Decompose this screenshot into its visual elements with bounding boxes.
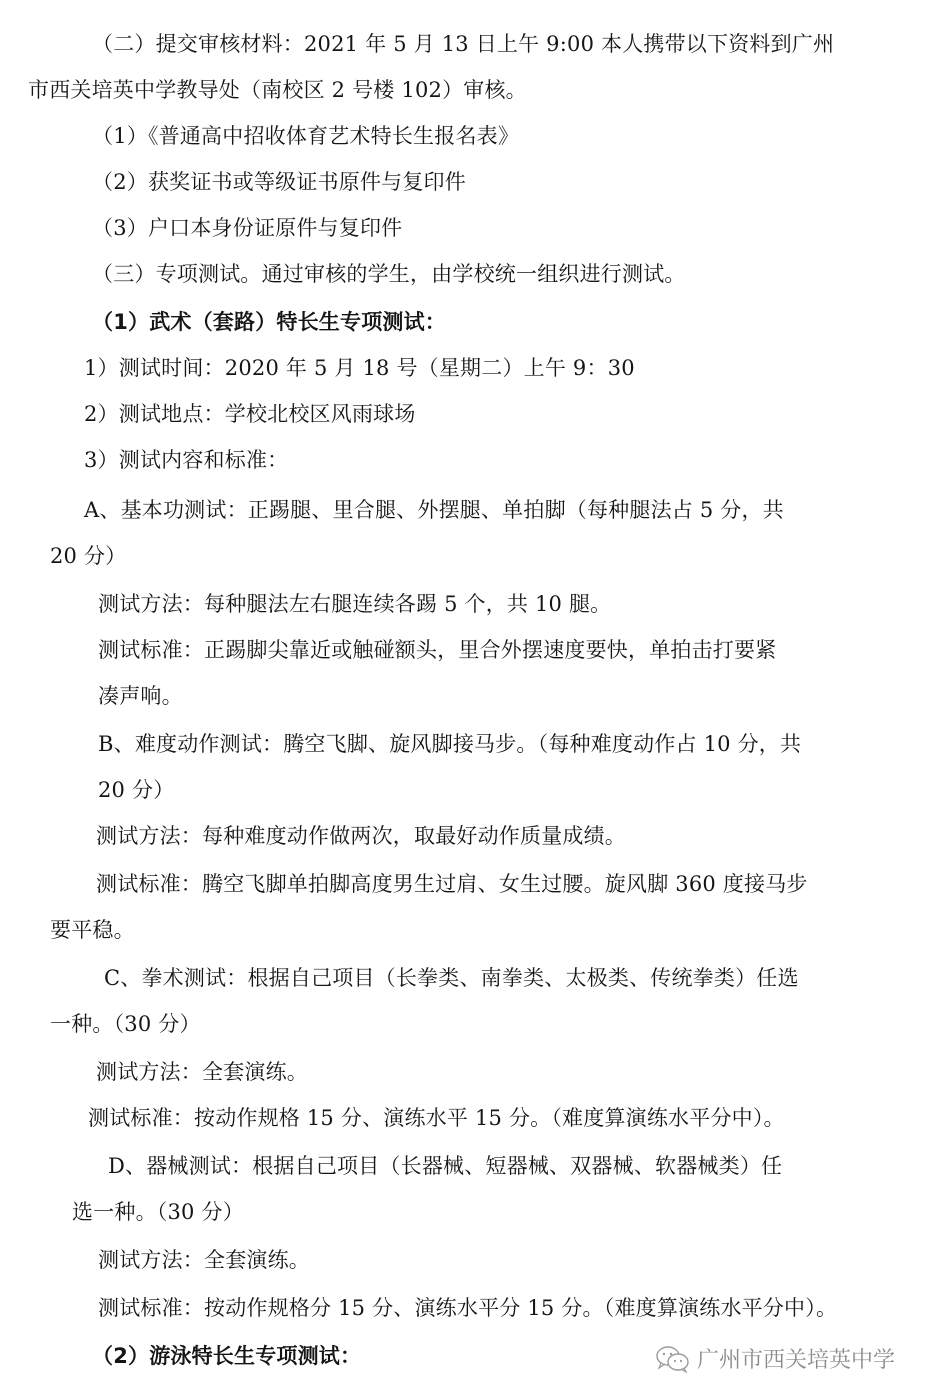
text-line: D、器械测试：根据自己项目（长器械、短器械、双器械、软器械类）任 — [108, 1152, 782, 1180]
text-line: 3）测试内容和标准： — [84, 446, 288, 474]
wechat-watermark: 广州市西关培英中学 — [655, 1343, 895, 1374]
text-line: 20 分） — [98, 776, 174, 804]
text-line: （2）获奖证书或等级证书原件与复印件 — [92, 168, 466, 196]
text-line: C、拳术测试：根据自己项目（长拳类、南拳类、太极类、传统拳类）任选 — [104, 964, 799, 992]
text-line: （二）提交审核材料：2021 年 5 月 13 日上午 9:00 本人携带以下资… — [92, 30, 834, 58]
text-line: 1）测试时间：2020 年 5 月 18 号（星期二）上午 9：30 — [84, 354, 635, 382]
watermark-text: 广州市西关培英中学 — [697, 1343, 895, 1374]
text-line: （3）户口本身份证原件与复印件 — [92, 214, 402, 242]
text-line: 20 分） — [50, 542, 126, 570]
text-line: 测试方法：全套演练。 — [96, 1058, 308, 1086]
text-line: 测试标准：按动作规格 15 分、演练水平 15 分。（难度算演练水平分中）。 — [88, 1104, 785, 1132]
section-heading: （1）武术（套路）特长生专项测试： — [92, 308, 446, 336]
text-line: 测试方法：每种难度动作做两次，取最好动作质量成绩。 — [96, 822, 626, 850]
text-line: 市西关培英中学教导处（南校区 2 号楼 102）审核。 — [28, 76, 527, 104]
text-line: 测试标准：按动作规格分 15 分、演练水平分 15 分。（难度算演练水平分中）。 — [98, 1294, 837, 1322]
text-line: （1）《普通高中招收体育艺术特长生报名表》 — [92, 122, 519, 150]
wechat-icon — [655, 1345, 691, 1373]
document-page: （二）提交审核材料：2021 年 5 月 13 日上午 9:00 本人携带以下资… — [0, 0, 940, 1400]
text-line: 测试方法：每种腿法左右腿连续各踢 5 个，共 10 腿。 — [98, 590, 611, 618]
text-line: 2）测试地点：学校北校区风雨球场 — [84, 400, 416, 428]
text-line: A、基本功测试：正踢腿、里合腿、外摆腿、单拍脚（每种腿法占 5 分，共 — [84, 496, 784, 524]
text-line: 凑声响。 — [98, 682, 183, 710]
text-line: B、难度动作测试：腾空飞脚、旋风脚接马步。（每种难度动作占 10 分，共 — [98, 730, 801, 758]
text-line: 一种。（30 分） — [50, 1010, 201, 1038]
text-line: 测试标准：腾空飞脚单拍脚高度男生过肩、女生过腰。旋风脚 360 度接马步 — [96, 870, 808, 898]
text-line: 测试标准：正踢脚尖靠近或触碰额头，里合外摆速度要快，单拍击打要紧 — [98, 636, 776, 664]
text-line: 测试方法：全套演练。 — [98, 1246, 310, 1274]
text-line: 选一种。（30 分） — [72, 1198, 244, 1226]
section-heading: （2）游泳特长生专项测试： — [92, 1342, 361, 1370]
text-line: （三）专项测试。通过审核的学生，由学校统一组织进行测试。 — [92, 260, 686, 288]
text-line: 要平稳。 — [50, 916, 135, 944]
